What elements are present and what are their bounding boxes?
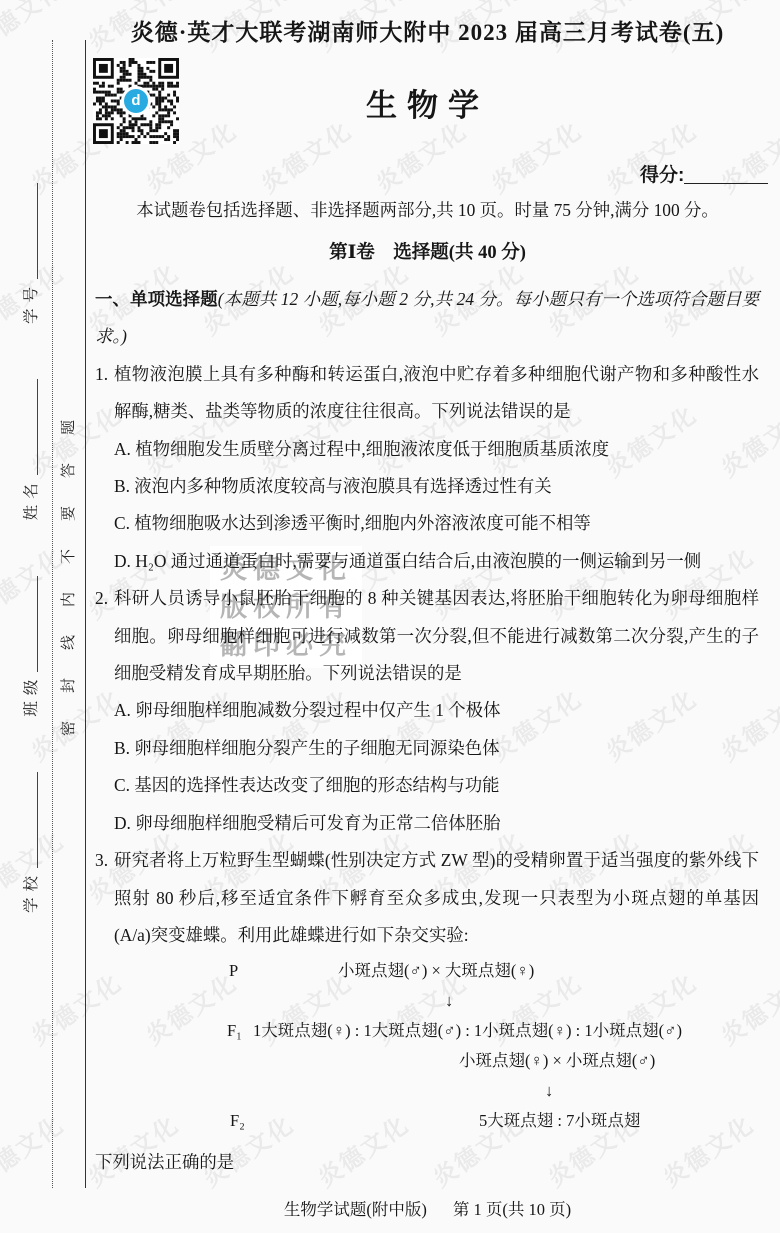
question-2-option-d: D. 卵母细胞样细胞受精后可发育为正常二倍体胚胎 bbox=[95, 805, 759, 842]
question-1: 1. 植物液泡膜上具有多种酶和转运蛋白,液泡中贮存着多种细胞代谢产物和多种酸性水… bbox=[95, 356, 759, 431]
question-2-number: 2. bbox=[95, 580, 108, 617]
school-field: 学校 bbox=[19, 772, 41, 913]
question-1-option-a: A. 植物细胞发生质壁分离过程中,细胞液浓度低于细胞质基质浓度 bbox=[95, 431, 759, 468]
subject-title: 生物学 bbox=[95, 80, 760, 125]
class-field: 班级 bbox=[19, 576, 41, 717]
p-generation-label: P bbox=[229, 956, 238, 986]
question-1-option-c: C. 植物细胞吸水达到渗透平衡时,细胞内外溶液浓度可能不相等 bbox=[95, 505, 759, 542]
f2-generation-label: F₂ bbox=[230, 1106, 245, 1136]
part1-heading: 一、单项选择题(本题共 12 小题,每小题 2 分,共 24 分。每小题只有一个… bbox=[95, 281, 759, 356]
question-2: 2. 科研人员诱导小鼠胚胎干细胞的 8 种关键基因表达,将胚胎干细胞转化为卵母细… bbox=[95, 580, 759, 692]
name-blank bbox=[22, 379, 39, 475]
question-1-option-d: D. H₂O 通过通道蛋白时,需要与通道蛋白结合后,由液泡膜的一侧运输到另一侧 bbox=[95, 543, 759, 580]
section-title-main: 第Ⅰ卷 选择题 bbox=[329, 243, 449, 263]
student-id-blank bbox=[22, 183, 39, 279]
watermark-tile: 炎德文化 bbox=[0, 1105, 70, 1193]
question-area: 一、单项选择题(本题共 12 小题,每小题 2 分,共 24 分。每小题只有一个… bbox=[95, 281, 759, 1181]
score-label: 得分: bbox=[640, 165, 684, 186]
footer-page-number: 第 1 页(共 10 页) bbox=[453, 1200, 571, 1219]
seal-dotted-line bbox=[52, 40, 53, 1188]
watermark-tile: 炎德文化 bbox=[0, 0, 70, 58]
student-id-label: 学号 bbox=[23, 281, 40, 324]
question-3-stem: 研究者将上万粒野生型蝴蝶(性别决定方式 ZW 型)的受精卵置于适当强度的紫外线下… bbox=[114, 850, 759, 945]
down-arrow-icon: ↓ bbox=[445, 986, 453, 1016]
part1-heading-title: 一、单项选择题 bbox=[95, 289, 218, 309]
f1-cross: 小斑点翅(♀) × 小斑点翅(♂) bbox=[459, 1046, 655, 1076]
school-blank bbox=[22, 772, 39, 868]
seal-text: 密封线内不要答题 bbox=[57, 379, 87, 749]
footer-document-name: 生物学试题(附中版) bbox=[284, 1200, 427, 1219]
exam-title: 炎德·英才大联考湖南师大附中 2023 届高三月考试卷(五) bbox=[95, 14, 760, 47]
question-3: 3. 研究者将上万粒野生型蝴蝶(性别决定方式 ZW 型)的受精卵置于适当强度的紫… bbox=[95, 842, 759, 954]
question-3-tail: 下列说法正确的是 bbox=[95, 1144, 759, 1181]
score-field: 得分: bbox=[640, 160, 768, 187]
section-title-note: (共 40 分) bbox=[449, 243, 526, 263]
section-title: 第Ⅰ卷 选择题(共 40 分) bbox=[95, 238, 760, 264]
question-2-option-c: C. 基因的选择性表达改变了细胞的形态结构与功能 bbox=[95, 767, 759, 804]
question-2-option-a: A. 卵母细胞样细胞减数分裂过程中仅产生 1 个极体 bbox=[95, 692, 759, 729]
question-2-option-b: B. 卵母细胞样细胞分裂产生的子细胞无同源染色体 bbox=[95, 730, 759, 767]
f2-generation-ratio: 5大斑点翅 : 7小斑点翅 bbox=[479, 1106, 640, 1136]
page-footer: 生物学试题(附中版)第 1 页(共 10 页) bbox=[95, 1196, 760, 1220]
down-arrow-icon: ↓ bbox=[545, 1076, 553, 1106]
question-1-option-b: B. 液泡内多种物质浓度较高与液泡膜具有选择透过性有关 bbox=[95, 468, 759, 505]
question-2-stem: 科研人员诱导小鼠胚胎干细胞的 8 种关键基因表达,将胚胎干细胞转化为卵母细胞样细… bbox=[114, 588, 759, 683]
score-blank bbox=[684, 164, 768, 184]
question-3-number: 3. bbox=[95, 842, 108, 879]
exam-instructions: 本试题卷包括选择题、非选择题两部分,共 10 页。时量 75 分钟,满分 100… bbox=[95, 196, 760, 221]
p-generation-cross: 小斑点翅(♂) × 大斑点翅(♀) bbox=[338, 956, 534, 986]
name-label: 姓名 bbox=[23, 477, 40, 520]
student-info-fields: 学校 班级 姓名 学号 bbox=[9, 183, 41, 913]
question-1-number: 1. bbox=[95, 356, 108, 393]
school-label: 学校 bbox=[23, 870, 40, 913]
question-1-stem: 植物液泡膜上具有多种酶和转运蛋白,液泡中贮存着多种细胞代谢产物和多种酸性水解酶,… bbox=[114, 364, 759, 421]
student-id-field: 学号 bbox=[19, 183, 41, 324]
class-label: 班级 bbox=[23, 674, 40, 717]
class-blank bbox=[22, 576, 39, 672]
name-field: 姓名 bbox=[19, 379, 41, 520]
f1-generation-ratio: 1大斑点翅(♀) : 1大斑点翅(♂) : 1小斑点翅(♀) : 1小斑点翅(♂… bbox=[253, 1016, 682, 1046]
exam-page: 炎德文化炎德文化炎德文化炎德文化炎德文化炎德文化炎德文化炎德文化炎德文化炎德文化… bbox=[0, 0, 780, 1233]
f1-generation-label: F₁ bbox=[227, 1016, 242, 1046]
cross-experiment-diagram: P 小斑点翅(♂) × 大斑点翅(♀) ↓ F₁ 1大斑点翅(♀) : 1大斑点… bbox=[95, 954, 759, 1144]
